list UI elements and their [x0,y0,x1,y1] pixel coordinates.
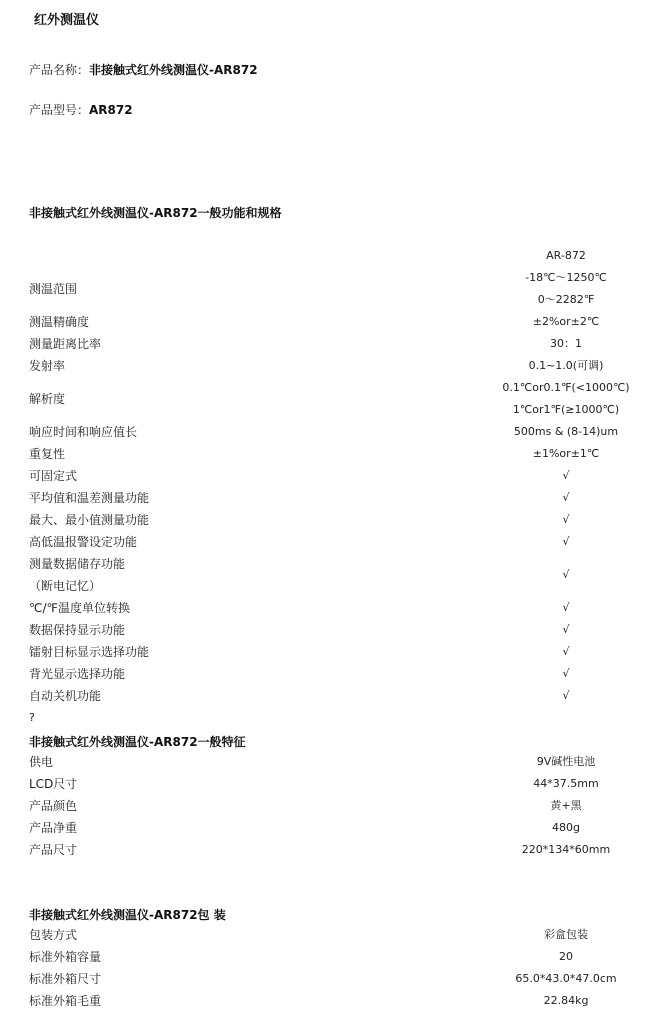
spec-row-label: 测温范围 [29,278,77,300]
product-model-label: 产品型号： [29,103,89,117]
spec-row-value: 0.1~1.0(可调) [460,355,672,377]
spec-row-value: 1℃or1℉(≥1000℃) [460,399,672,421]
spec-row-label: 背光显示选择功能 [29,663,125,685]
product-model-line: 产品型号：AR872 [29,101,133,118]
spec-section-title: 非接触式红外线测温仪-AR872一般功能和规格 [29,204,282,221]
packaging-row-value: 65.0*43.0*47.0cm [460,968,672,990]
packaging-row-value: 22.84kg [460,990,672,1012]
packaging-row-label: 标准外箱容量 [29,946,101,968]
feature-row-value: 9V碱性电池 [460,751,672,773]
packaging-section-title: 非接触式红外线测温仪-AR872包 装 [29,906,226,923]
packaging-row-value: 20 [460,946,672,968]
spec-row-label: 测量数据储存功能 [29,553,125,575]
spec-model-header: AR-872 [460,245,672,267]
features-section-title: 非接触式红外线测温仪-AR872一般特征 [29,733,246,750]
spec-row-value: 0～2282℉ [460,289,672,311]
product-model-value: AR872 [89,103,133,117]
feature-row-label: LCD尺寸 [29,773,77,795]
page-title: 红外测温仪 [34,9,99,28]
spec-row-label: 最大、最小值测量功能 [29,509,149,531]
spec-row-label: 镭射目标显示选择功能 [29,641,149,663]
trailing-mark: ? [29,707,35,729]
spec-row-value: 0.1℃or0.1℉(<1000℃) [460,377,672,399]
feature-row-label: 产品净重 [29,817,77,839]
spec-row-label: 响应时间和响应值长 [29,421,137,443]
spec-row-label: 发射率 [29,355,65,377]
packaging-row-label: 包装方式 [29,924,77,946]
feature-row-label: 供电 [29,751,53,773]
spec-row-value: ±1%or±1℃ [460,443,672,465]
feature-row-label: 产品颜色 [29,795,77,817]
spec-row-label: 可固定式 [29,465,77,487]
spec-row-value: ±2%or±2℃ [460,311,672,333]
spec-row-label: 平均值和温差测量功能 [29,487,149,509]
spec-row-label: ℃/℉温度单位转换 [29,597,130,619]
spec-row-label: 自动关机功能 [29,685,101,707]
feature-row-value: 黄+黑 [460,795,672,817]
check-icon: √ [460,663,672,685]
check-icon: √ [460,685,672,707]
spec-row-value: 500ms & (8-14)um [460,421,672,443]
packaging-row-label: 标准外箱毛重 [29,990,101,1012]
check-icon: √ [460,465,672,487]
spec-row-label: 高低温报警设定功能 [29,531,137,553]
spec-row-label: 重复性 [29,443,65,465]
spec-row-value: 30：1 [460,333,672,355]
spec-row-label: 测温精确度 [29,311,89,333]
product-name-label: 产品名称： [29,63,89,77]
feature-row-value: 480g [460,817,672,839]
check-icon: √ [460,531,672,553]
check-icon: √ [460,487,672,509]
feature-row-value: 220*134*60mm [460,839,672,861]
check-icon: √ [460,619,672,641]
product-name-line: 产品名称：非接触式红外线测温仪-AR872 [29,61,258,78]
check-icon: √ [460,564,672,586]
spec-row-label-note: （断电记忆） [29,575,101,597]
packaging-row-label: 标准外箱尺寸 [29,968,101,990]
product-name-value: 非接触式红外线测温仪-AR872 [89,63,258,77]
check-icon: √ [460,597,672,619]
spec-row-value: -18℃～1250℃ [460,267,672,289]
check-icon: √ [460,641,672,663]
spec-row-label: 解析度 [29,388,65,410]
spec-row-label: 数据保持显示功能 [29,619,125,641]
feature-row-label: 产品尺寸 [29,839,77,861]
spec-row-label: 测量距离比率 [29,333,101,355]
feature-row-value: 44*37.5mm [460,773,672,795]
check-icon: √ [460,509,672,531]
packaging-row-value: 彩盒包装 [460,924,672,946]
